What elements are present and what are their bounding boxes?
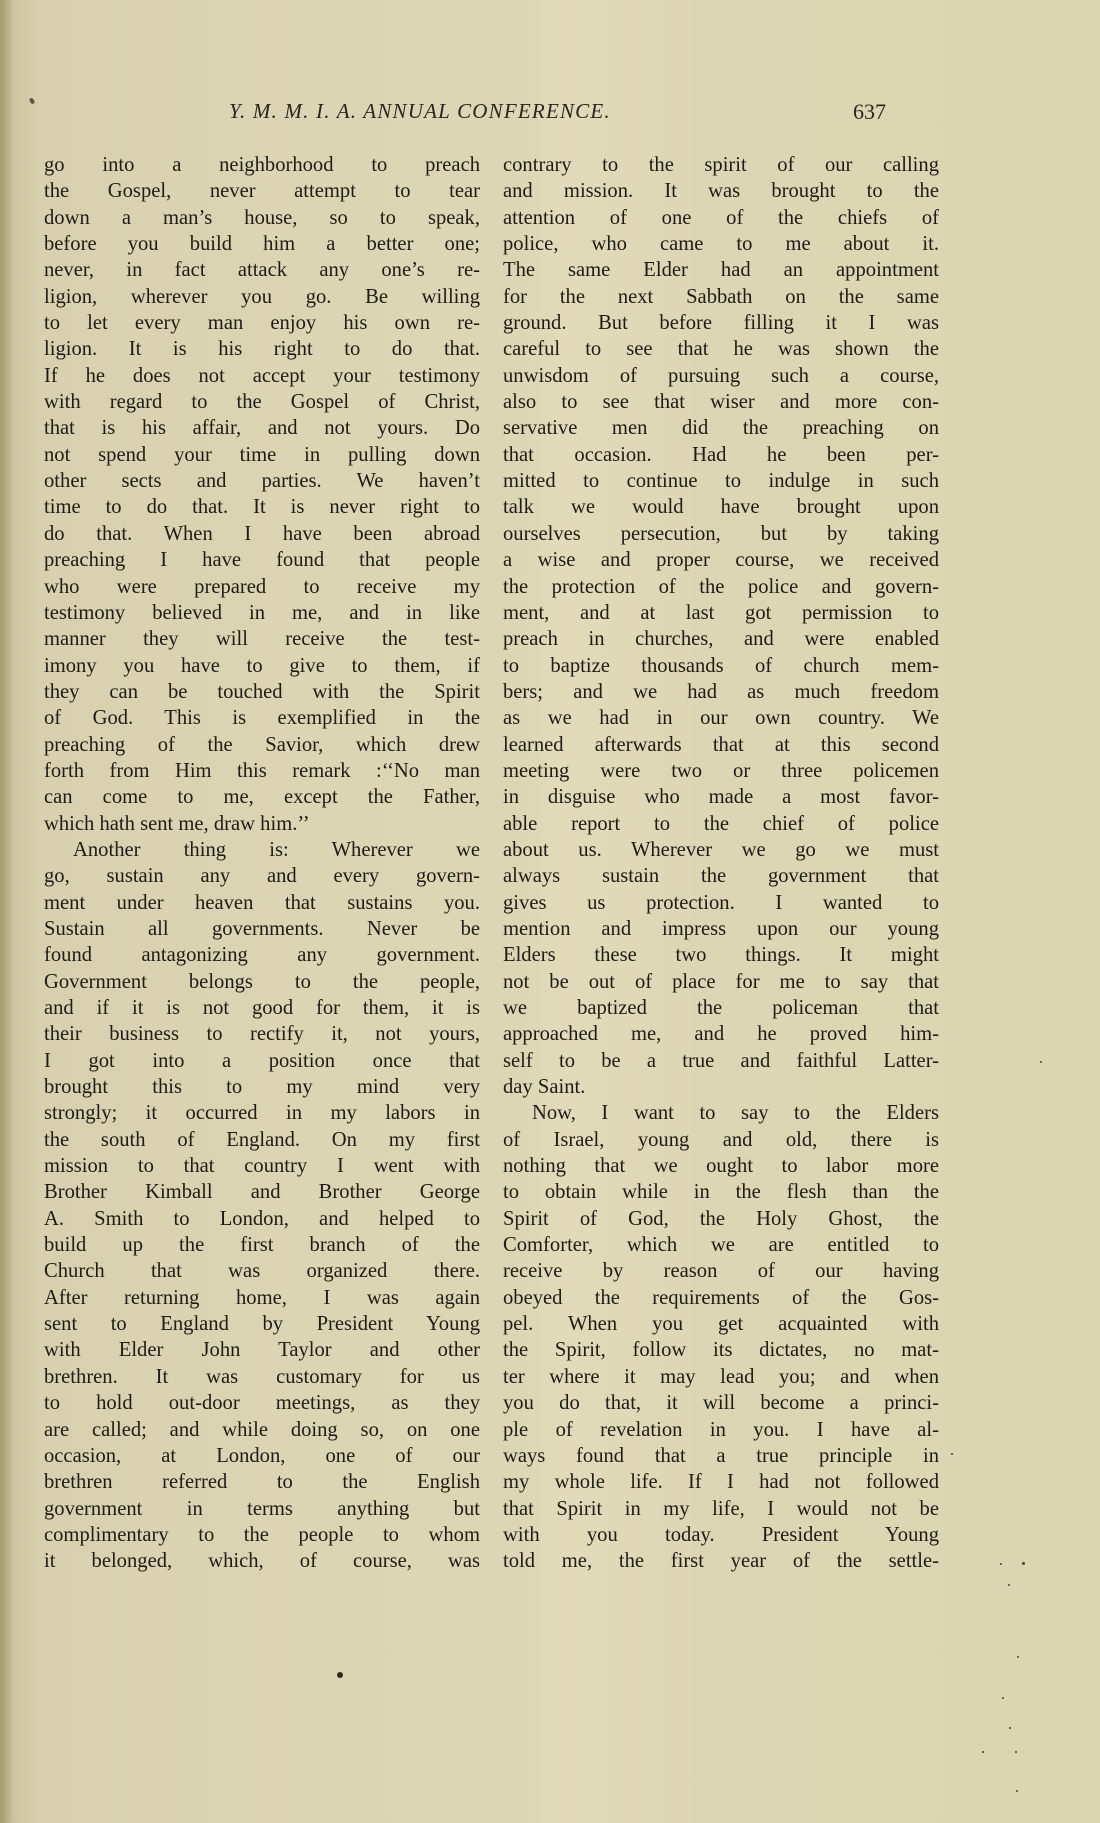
- text-line: strongly; it occurred in my labors in: [44, 1100, 480, 1126]
- text-line: preaching of the Savior, which drew: [44, 732, 480, 758]
- text-line: are called; and while doing so, on one: [44, 1417, 480, 1443]
- text-line: Comforter, which we are entitled to: [503, 1232, 939, 1258]
- text-line: day Saint.: [503, 1074, 939, 1100]
- text-line: ourselves persecution, but by taking: [503, 521, 939, 547]
- text-line: police, who came to me about it.: [503, 231, 939, 257]
- text-line: that Spirit in my life, I would not be: [503, 1496, 939, 1522]
- text-line: they can be touched with the Spirit: [44, 679, 480, 705]
- text-line: never, in fact attack any one’s re-: [44, 257, 480, 283]
- text-line: able report to the chief of police: [503, 811, 939, 837]
- scan-speck: [1008, 1584, 1010, 1586]
- scan-speck: [1022, 1562, 1025, 1565]
- text-line: nothing that we ought to labor more: [503, 1153, 939, 1179]
- text-line: preach in churches, and were enabled: [503, 626, 939, 652]
- text-line: preaching I have found that people: [44, 547, 480, 573]
- text-line: found antagonizing any government.: [44, 942, 480, 968]
- text-line: brethren referred to the English: [44, 1469, 480, 1495]
- right-column: contrary to the spirit of our callingand…: [503, 152, 939, 1575]
- text-line: bers; and we had as much freedom: [503, 679, 939, 705]
- page-number: 637: [853, 99, 886, 125]
- text-line: who were prepared to receive my: [44, 574, 480, 600]
- text-line: the Spirit, follow its dictates, no mat-: [503, 1337, 939, 1363]
- text-line: ligion. It is his right to do that.: [44, 336, 480, 362]
- text-line: it belonged, which, of course, was: [44, 1548, 480, 1574]
- text-line: contrary to the spirit of our calling: [503, 152, 939, 178]
- text-line: build up the first branch of the: [44, 1232, 480, 1258]
- text-line: brought this to my mind very: [44, 1074, 480, 1100]
- text-line: brethren. It was customary for us: [44, 1364, 480, 1390]
- text-line: unwisdom of pursuing such a course,: [503, 363, 939, 389]
- text-line: mitted to continue to indulge in such: [503, 468, 939, 494]
- scan-speck: [1017, 1656, 1019, 1658]
- text-line: about us. Wherever we go we must: [503, 837, 939, 863]
- text-line: gives us protection. I wanted to: [503, 890, 939, 916]
- text-line: ground. But before filling it I was: [503, 310, 939, 336]
- text-line: can come to me, except the Father,: [44, 784, 480, 810]
- text-line: with Elder John Taylor and other: [44, 1337, 480, 1363]
- text-line: do that. When I have been abroad: [44, 521, 480, 547]
- text-line: imony you have to give to them, if: [44, 653, 480, 679]
- text-line: time to do that. It is never right to: [44, 494, 480, 520]
- text-line: always sustain the government that: [503, 863, 939, 889]
- left-column: go into a neighborhood to preachthe Gosp…: [44, 152, 480, 1575]
- text-line: careful to see that he was shown the: [503, 336, 939, 362]
- text-line: Another thing is: Wherever we: [44, 837, 480, 863]
- text-line: ment under heaven that sustains you.: [44, 890, 480, 916]
- scan-speck: [1009, 1727, 1011, 1729]
- text-line: government in terms anything but: [44, 1496, 480, 1522]
- text-line: learned afterwards that at this second: [503, 732, 939, 758]
- text-line: for the next Sabbath on the same: [503, 284, 939, 310]
- text-line: before you build him a better one;: [44, 231, 480, 257]
- text-line: Sustain all governments. Never be: [44, 916, 480, 942]
- text-line: After returning home, I was again: [44, 1285, 480, 1311]
- text-line: go into a neighborhood to preach: [44, 152, 480, 178]
- text-line: their business to rectify it, not yours,: [44, 1021, 480, 1047]
- text-line: forth from Him this remark :‘‘No man: [44, 758, 480, 784]
- text-line: of God. This is exemplified in the: [44, 705, 480, 731]
- text-line: with regard to the Gospel of Christ,: [44, 389, 480, 415]
- text-line: mission to that country I went with: [44, 1153, 480, 1179]
- text-line: to baptize thousands of church mem-: [503, 653, 939, 679]
- text-line: my whole life. If I had not followed: [503, 1469, 939, 1495]
- text-line: as we had in our own country. We: [503, 705, 939, 731]
- ink-dot: [337, 1672, 343, 1678]
- text-line: I got into a position once that: [44, 1048, 480, 1074]
- text-line: manner they will receive the test-: [44, 626, 480, 652]
- text-line: other sects and parties. We haven’t: [44, 468, 480, 494]
- text-line: with you today. President Young: [503, 1522, 939, 1548]
- text-line: Brother Kimball and Brother George: [44, 1179, 480, 1205]
- text-line: that occasion. Had he been per-: [503, 442, 939, 468]
- scan-speck: [982, 1751, 984, 1753]
- scan-speck: [1016, 1790, 1018, 1792]
- scan-speck: [1040, 1061, 1042, 1063]
- text-line: to hold out-door meetings, as they: [44, 1390, 480, 1416]
- text-line: Church that was organized there.: [44, 1258, 480, 1284]
- text-line: go, sustain any and every govern-: [44, 863, 480, 889]
- text-line: Spirit of God, the Holy Ghost, the: [503, 1206, 939, 1232]
- text-line: of Israel, young and old, there is: [503, 1127, 939, 1153]
- text-line: mention and impress upon our young: [503, 916, 939, 942]
- text-line: If he does not accept your testimony: [44, 363, 480, 389]
- text-line: not spend your time in pulling down: [44, 442, 480, 468]
- text-line: talk we would have brought upon: [503, 494, 939, 520]
- text-line: pel. When you get acquainted with: [503, 1311, 939, 1337]
- scan-speck: [1015, 1751, 1017, 1753]
- text-line: self to be a true and faithful Latter-: [503, 1048, 939, 1074]
- text-line: not be out of place for me to say that: [503, 969, 939, 995]
- text-line: we baptized the policeman that: [503, 995, 939, 1021]
- text-line: the south of England. On my first: [44, 1127, 480, 1153]
- text-line: also to see that wiser and more con-: [503, 389, 939, 415]
- text-line: down a man’s house, so to speak,: [44, 205, 480, 231]
- text-line: attention of one of the chiefs of: [503, 205, 939, 231]
- text-line: and mission. It was brought to the: [503, 178, 939, 204]
- scan-speck: [1000, 1563, 1002, 1565]
- text-line: which hath sent me, draw him.’’: [44, 811, 480, 837]
- text-line: ple of revelation in you. I have al-: [503, 1417, 939, 1443]
- text-line: a wise and proper course, we received: [503, 547, 939, 573]
- text-line: meeting were two or three policemen: [503, 758, 939, 784]
- text-line: The same Elder had an appointment: [503, 257, 939, 283]
- text-line: ment, and at last got permission to: [503, 600, 939, 626]
- text-line: ways found that a true principle in: [503, 1443, 939, 1469]
- text-line: to obtain while in the flesh than the: [503, 1179, 939, 1205]
- text-line: ter where it may lead you; and when: [503, 1364, 939, 1390]
- text-line: approached me, and he proved him-: [503, 1021, 939, 1047]
- text-line: receive by reason of our having: [503, 1258, 939, 1284]
- text-line: and if it is not good for them, it is: [44, 995, 480, 1021]
- text-line: obeyed the requirements of the Gos-: [503, 1285, 939, 1311]
- text-line: occasion, at London, one of our: [44, 1443, 480, 1469]
- text-line: sent to England by President Young: [44, 1311, 480, 1337]
- page-spine-shadow: [0, 0, 14, 1823]
- text-line: Now, I want to say to the Elders: [503, 1100, 939, 1126]
- text-line: you do that, it will become a princi-: [503, 1390, 939, 1416]
- text-line: Government belongs to the people,: [44, 969, 480, 995]
- running-header: Y. M. M. I. A. ANNUAL CONFERENCE. 637: [0, 99, 1100, 129]
- text-line: ligion, wherever you go. Be willing: [44, 284, 480, 310]
- text-line: the Gospel, never attempt to tear: [44, 178, 480, 204]
- text-line: that is his affair, and not yours. Do: [44, 415, 480, 441]
- text-line: told me, the first year of the settle-: [503, 1548, 939, 1574]
- scan-speck: [951, 1453, 953, 1455]
- text-line: the protection of the police and govern-: [503, 574, 939, 600]
- text-line: complimentary to the people to whom: [44, 1522, 480, 1548]
- text-line: A. Smith to London, and helped to: [44, 1206, 480, 1232]
- text-line: servative men did the preaching on: [503, 415, 939, 441]
- text-line: in disguise who made a most favor-: [503, 784, 939, 810]
- text-line: testimony believed in me, and in like: [44, 600, 480, 626]
- text-line: to let every man enjoy his own re-: [44, 310, 480, 336]
- scan-speck: [1002, 1697, 1004, 1699]
- text-line: Elders these two things. It might: [503, 942, 939, 968]
- running-title: Y. M. M. I. A. ANNUAL CONFERENCE.: [229, 99, 611, 124]
